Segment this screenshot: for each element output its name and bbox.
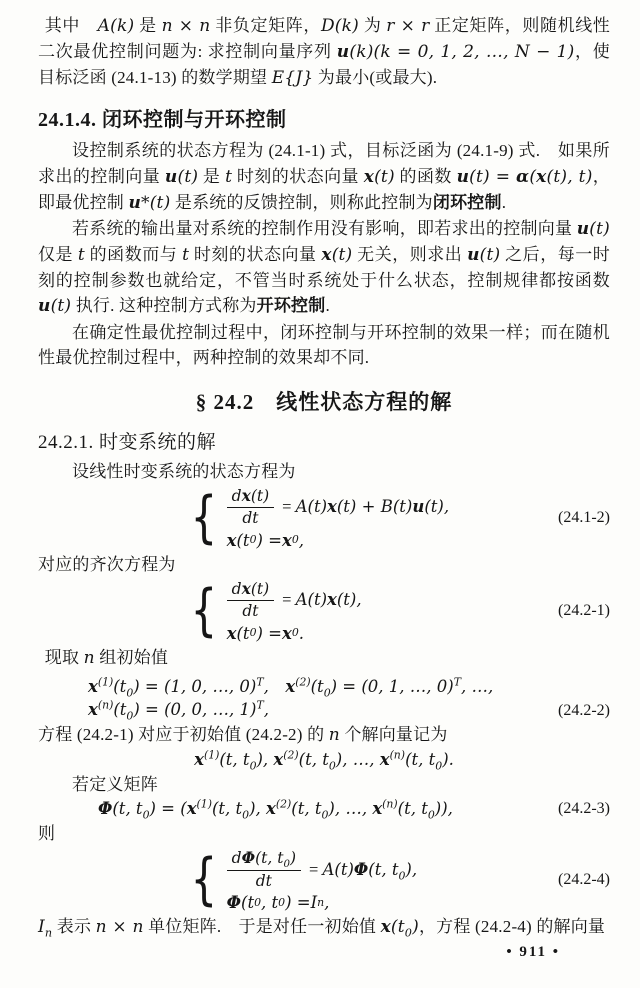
- equation-body: Φ(t, t0) = (x(1)(t, t0), x(2)(t, t0), …,…: [98, 799, 453, 819]
- equation-rows: x(1)(t0) = (1, 0, …, 0)T, x(2)(t0) = (0,…: [88, 673, 493, 720]
- fraction-denominator: dt: [256, 871, 272, 891]
- fraction-numerator: dΦ(t, t0): [227, 848, 301, 870]
- equation-row: x(1)(t0) = (1, 0, …, 0)T, x(2)(t0) = (0,…: [88, 673, 493, 697]
- equation-row: x(t0) = x0.: [227, 624, 362, 643]
- equation-rhs: = A(t)x(t),: [282, 590, 361, 610]
- paragraph-initial-values-lead: 现取 n 组初始值: [38, 645, 610, 671]
- equation-rhs: = A(t)Φ(t, t0),: [309, 860, 417, 880]
- paragraph-define-matrix-lead: 若定义矩阵: [38, 772, 610, 797]
- paragraph-homogeneous-lead: 对应的齐次方程为: [38, 552, 610, 577]
- equation-number: (24.2-4): [558, 871, 610, 889]
- equation-number: (24.2-3): [558, 800, 610, 818]
- equation-rows: dΦ(t, t0) dt = A(t)Φ(t, t0), Φ(t0, t0) =…: [227, 848, 417, 912]
- fraction-numerator: dx(t): [227, 486, 275, 508]
- left-brace: {: [190, 490, 217, 546]
- chapter-heading-24-2: § 24.2 线性状态方程的解: [38, 386, 610, 416]
- paragraph-closed-loop: 设控制系统的状态方程为 (24.1-1) 式，目标泛函为 (24.1-9) 式.…: [38, 138, 610, 215]
- section-heading-24-1-4: 24.1.4. 闭环控制与开环控制: [38, 103, 610, 132]
- equation-row: dx(t) dt = A(t)x(t),: [227, 579, 362, 622]
- fraction: dx(t) dt: [227, 486, 275, 529]
- equation-rows: dx(t) dt = A(t)x(t) + B(t)u(t), x(t0) = …: [227, 486, 449, 550]
- intro-paragraph: 其中 A(k) 是 n × n 非负定矩阵，D(k) 为 r × r 正定矩阵，…: [38, 13, 610, 91]
- book-page: 其中 A(k) 是 n × n 非负定矩阵，D(k) 为 r × r 正定矩阵，…: [0, 0, 640, 988]
- equation-row: x(t0) = x0,: [227, 531, 449, 550]
- left-brace: {: [190, 852, 217, 908]
- equation-24-1-2: { dx(t) dt = A(t)x(t) + B(t)u(t), x(t0) …: [38, 486, 610, 550]
- paragraph-open-loop: 若系统的输出量对系统的控制作用没有影响，即若求出的控制向量 u(t) 仅是 t …: [38, 216, 610, 320]
- paragraph-state-equation-lead: 设线性时变系统的状态方程为: [38, 459, 610, 484]
- equation-body: { dx(t) dt = A(t)x(t), x(t0) = x0.: [186, 579, 362, 643]
- equation-row: dx(t) dt = A(t)x(t) + B(t)u(t),: [227, 486, 449, 529]
- equation-24-2-1: { dx(t) dt = A(t)x(t), x(t0) = x0. (24.2…: [38, 579, 610, 643]
- solution-vectors-line: x(1)(t, t0), x(2)(t, t0), …, x(n)(t, t0)…: [38, 750, 610, 770]
- equation-row: Φ(t0, t0) = In,: [227, 893, 417, 912]
- fraction-denominator: dt: [242, 601, 258, 621]
- equation-body: { dΦ(t, t0) dt = A(t)Φ(t, t0), Φ(t0, t0)…: [186, 848, 417, 912]
- equation-body: { dx(t) dt = A(t)x(t) + B(t)u(t), x(t0) …: [186, 486, 449, 550]
- equation-number: (24.2-2): [558, 702, 610, 720]
- equation-24-2-3: Φ(t, t0) = (x(1)(t, t0), x(2)(t, t0), …,…: [38, 799, 610, 819]
- equation-rhs: = A(t)x(t) + B(t)u(t),: [282, 497, 449, 517]
- equation-24-2-2: x(1)(t0) = (1, 0, …, 0)T, x(2)(t0) = (0,…: [38, 673, 610, 720]
- equation-row: x(n)(t0) = (0, 0, …, 1)T,: [88, 700, 493, 720]
- left-brace: {: [190, 583, 217, 639]
- equation-24-2-4: { dΦ(t, t0) dt = A(t)Φ(t, t0), Φ(t0, t0)…: [38, 848, 610, 912]
- subsection-heading-24-2-1: 24.2.1. 时变系统的解: [38, 427, 610, 454]
- fraction: dx(t) dt: [227, 579, 275, 622]
- paragraph-then-lead: 则: [38, 821, 610, 846]
- paragraph-comparison: 在确定性最优控制过程中，闭环控制与开环控制的效果一样；而在随机性最优控制过程中，…: [38, 320, 610, 370]
- fraction: dΦ(t, t0) dt: [227, 848, 301, 891]
- fraction-numerator: dx(t): [227, 579, 275, 601]
- equation-row: dΦ(t, t0) dt = A(t)Φ(t, t0),: [227, 848, 417, 891]
- equation-number: (24.2-1): [558, 602, 610, 620]
- fraction-denominator: dt: [242, 508, 258, 528]
- paragraph-solution-vectors-lead: 方程 (24.2-1) 对应于初始值 (24.2-2) 的 n 个解向量记为: [38, 722, 610, 748]
- paragraph-identity-matrix: In 表示 n × n 单位矩阵. 于是对任一初始值 x(t0)，方程 (24.…: [38, 914, 610, 940]
- page-number: • 911 •: [38, 944, 610, 961]
- equation-number: (24.1-2): [558, 509, 610, 527]
- equation-rows: dx(t) dt = A(t)x(t), x(t0) = x0.: [227, 579, 362, 643]
